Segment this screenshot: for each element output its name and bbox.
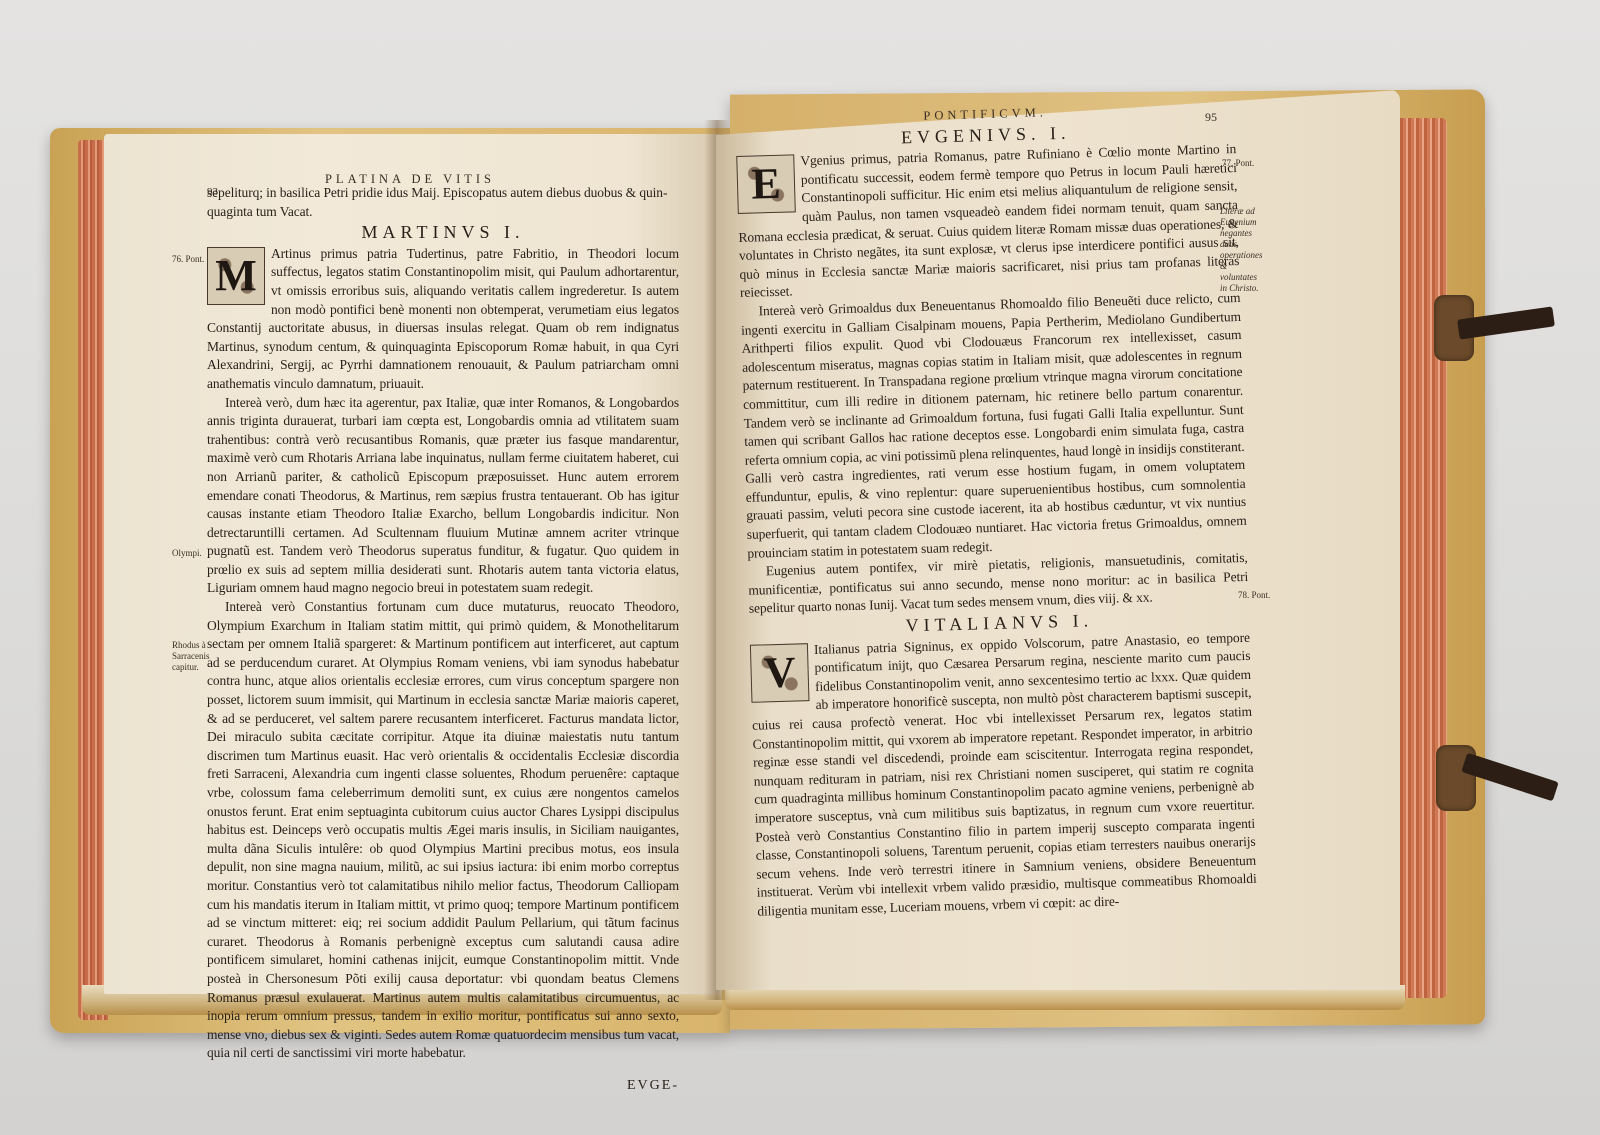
section-title-martinus: MARTINVS I. [207, 223, 679, 242]
red-page-edges-right [1395, 118, 1447, 998]
margin-note-pont-77: 77. Pont. [1222, 158, 1254, 169]
decorated-initial-icon: V [750, 643, 810, 703]
side-note-literae: Literæ ad Eugenium negantes duas operati… [1220, 206, 1262, 294]
paragraph: Intereà verò Grimoaldus dux Beneuentanus… [740, 289, 1247, 563]
margin-note-pont-78: 78. Pont. [1238, 590, 1270, 601]
decorated-initial-icon: M [207, 247, 265, 305]
catchword: EVGE- [207, 1077, 679, 1096]
paragraph: Intereà verò Constantius fortunam cum du… [207, 598, 679, 1063]
left-page-body: sepeliturq; in basilica Petri pridie idu… [207, 184, 679, 1096]
paragraph: Italianus patria Signinus, ex oppido Vol… [750, 628, 1258, 921]
margin-note-pont: 76. Pont. [172, 254, 204, 265]
photo-scene: PLATINA DE VITIS 93 76. Pont. Olympi. Rh… [0, 0, 1600, 1135]
right-page-body: PONTIFICVM. EVGENIVS. I. E Vgenius primu… [735, 98, 1257, 921]
decorated-initial-icon: E [736, 155, 796, 215]
margin-note-olympius: Olympi. [172, 548, 202, 559]
intro-line: sepeliturq; in basilica Petri pridie idu… [207, 184, 679, 203]
intro-line: quaginta tum Vacat. [207, 203, 679, 222]
paragraph: Vgenius primus, patria Romanus, patre Ru… [736, 140, 1240, 303]
paragraph: Intereà verò, dum hæc ita agerentur, pax… [207, 394, 679, 599]
margin-note-rhodus: Rhodus à Sarracenis capitur. [172, 640, 206, 673]
paragraph: Artinus primus patria Tudertinus, patre … [207, 245, 679, 394]
